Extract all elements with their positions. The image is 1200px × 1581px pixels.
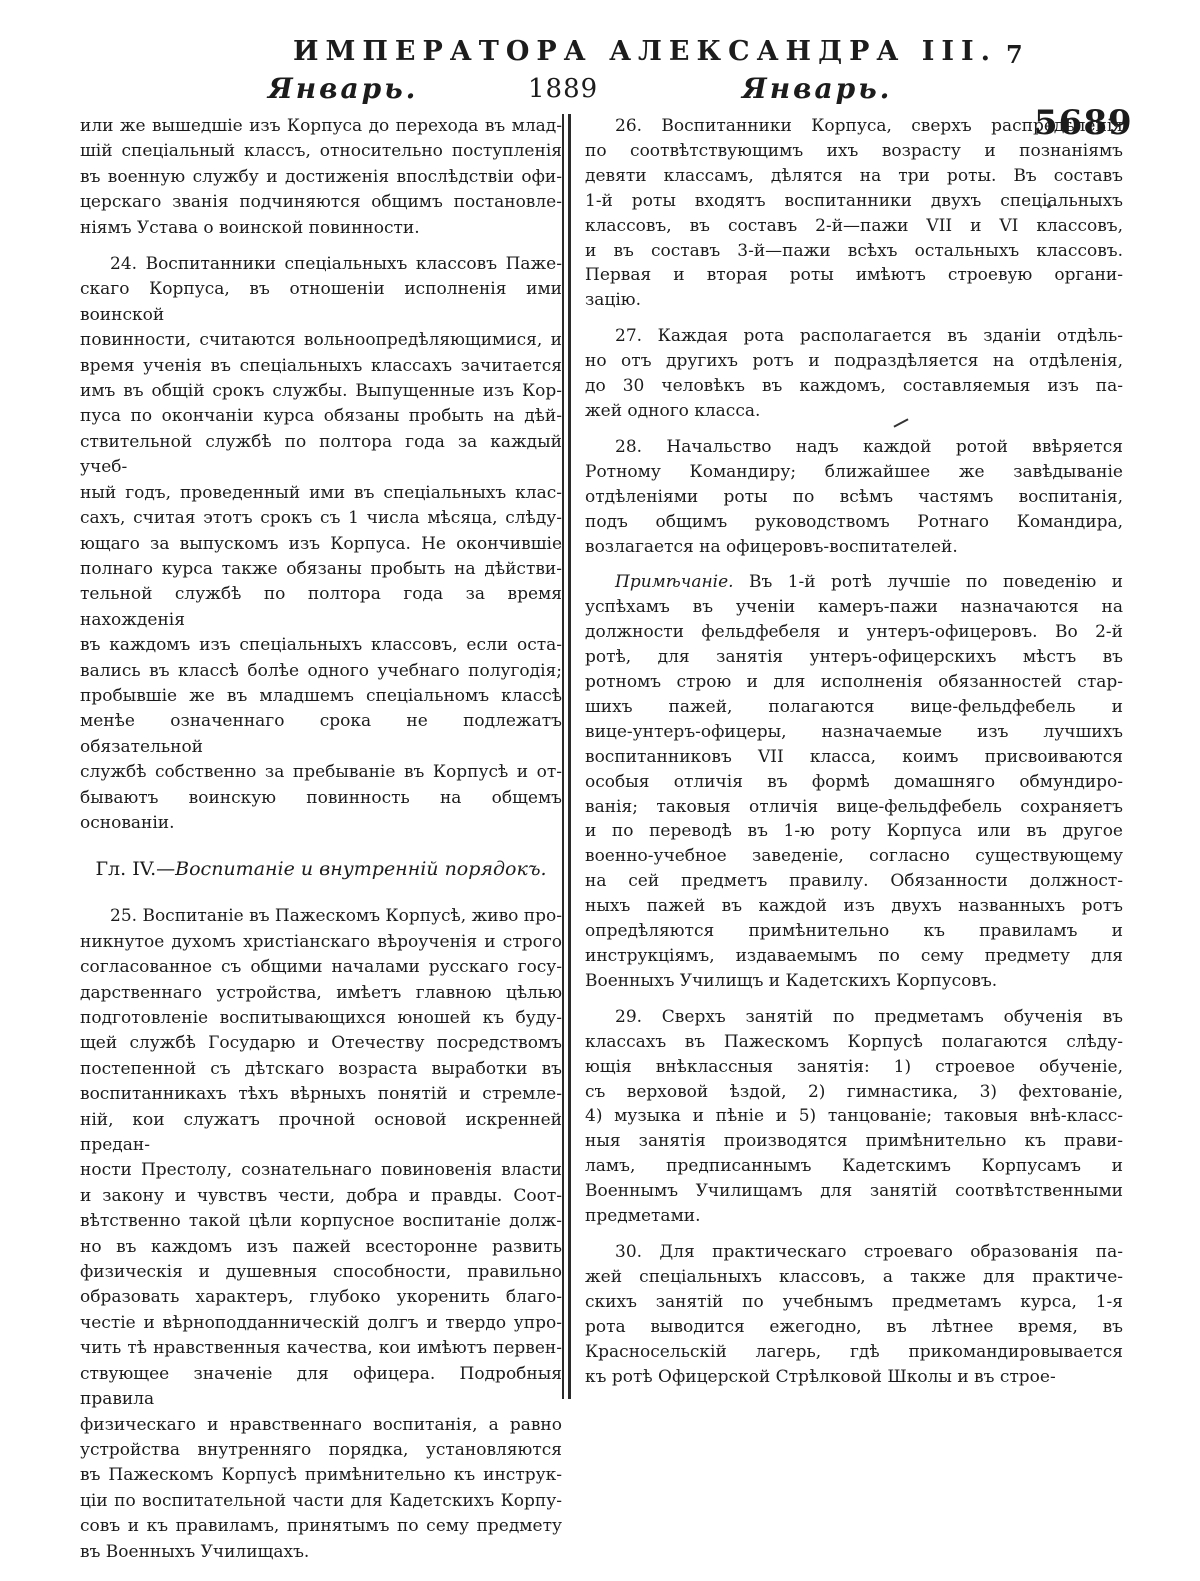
note-lead-italic: Примѣчаніе. [615, 572, 749, 592]
text-line: шихъ пажей, полагаются вице-фельдфебель … [585, 695, 1123, 720]
text-line: устройства внутренняго порядка, установл… [80, 1438, 562, 1463]
paragraph: Примѣчаніе. Въ 1-й ротѣ лучшіе по поведе… [585, 570, 1123, 993]
text-line: и въ составъ 3-й—пажи всѣхъ остальныхъ к… [585, 239, 1123, 264]
text-line: ніямъ Устава о воинской повинности. [80, 216, 562, 241]
text-line: жей одного класса. [585, 399, 1123, 424]
text-line: скихъ занятій по учебнымъ предметамъ кур… [585, 1290, 1123, 1315]
text-line: опредѣляются примѣнительно къ правиламъ … [585, 919, 1123, 944]
text-line: военно-учебное заведеніе, согласно сущес… [585, 844, 1123, 869]
text-line: постепенной съ дѣтскаго возраста выработ… [80, 1057, 562, 1082]
left-column: или же вышедшіе изъ Корпуса до перехода … [80, 114, 562, 1576]
paragraph: 26. Воспитанники Корпуса, сверхъ распред… [585, 114, 1123, 313]
text-line: время ученія въ спеціальныхъ классахъ за… [80, 354, 562, 379]
page-number: 7 [1006, 40, 1023, 69]
text-line: 30. Для практическаго строеваго образова… [585, 1240, 1123, 1265]
text-line: никнутое духомъ христіанскаго вѣроученія… [80, 930, 562, 955]
text-line: 24. Воспитанники спеціальныхъ классовъ П… [80, 252, 562, 277]
text-line: Ротному Командиру; ближайшее же завѣдыва… [585, 460, 1123, 485]
text-line: 25. Воспитаніе въ Пажескомъ Корпусѣ, жив… [80, 904, 562, 929]
text-line: до 30 человѣкъ въ каждомъ, составляемыя … [585, 374, 1123, 399]
text-line: Военныхъ Училищъ и Кадетскихъ Корпусовъ. [585, 969, 1123, 994]
text-line: Военнымъ Училищамъ для занятій соотвѣтст… [585, 1179, 1123, 1204]
text-line: въ военную службу и достиженія впослѣдст… [80, 165, 562, 190]
text-line: чить тѣ нравственныя качества, кои имѣют… [80, 1336, 562, 1361]
text-line: ныя занятія производятся примѣнительно к… [585, 1129, 1123, 1154]
text-line: подъ общимъ руководствомъ Ротнаго Команд… [585, 510, 1123, 535]
text-line: воспитанниковъ VII класса, коимъ присвои… [585, 745, 1123, 770]
text-line: ствующее значеніе для офицера. Подробныя… [80, 1362, 562, 1413]
text-line: ющаго за выпускомъ изъ Корпуса. Не оконч… [80, 532, 562, 557]
text-line: ламъ, предписаннымъ Кадетскимъ Корпусамъ… [585, 1154, 1123, 1179]
text-line: бываютъ воинскую повинность на общемъ ос… [80, 786, 562, 837]
text-line: 26. Воспитанники Корпуса, сверхъ распред… [585, 114, 1123, 139]
text-line: вице-унтеръ-офицеры, назначаемые изъ луч… [585, 720, 1123, 745]
text-line: Первая и вторая роты имѣютъ строевую орг… [585, 263, 1123, 288]
text-line: службѣ собственно за пребываніе въ Корпу… [80, 760, 562, 785]
text-line: пробывшіе же въ младшемъ спеціальномъ кл… [80, 684, 562, 709]
text-line: честіе и вѣрноподданническій долгъ и тве… [80, 1311, 562, 1336]
text-line: Красносельскій лагерь, гдѣ прикомандиров… [585, 1340, 1123, 1365]
text-line: ный годъ, проведенный ими въ спеціальных… [80, 481, 562, 506]
text-line: и по переводѣ въ 1-ю роту Корпуса или въ… [585, 819, 1123, 844]
paragraph: 24. Воспитанники спеціальныхъ классовъ П… [80, 252, 562, 836]
text-line: ротномъ строю и для исполненія обязаннос… [585, 670, 1123, 695]
text-line: въ Пажескомъ Корпусѣ примѣнительно къ ин… [80, 1463, 562, 1488]
text-line: ній, кои служатъ прочной основой искренн… [80, 1108, 562, 1159]
text-line: должности фельдфебеля и унтеръ-офицеровъ… [585, 620, 1123, 645]
text-line: Примѣчаніе. Въ 1-й ротѣ лучшіе по поведе… [585, 570, 1123, 595]
text-line: ціи по воспитательной части для Кадетски… [80, 1489, 562, 1514]
text-line: 28. Начальство надъ каждой ротой ввѣряет… [585, 435, 1123, 460]
paragraph: 28. Начальство надъ каждой ротой ввѣряет… [585, 435, 1123, 560]
text-line: рота выводится ежегодно, въ лѣтнее время… [585, 1315, 1123, 1340]
text-line: зацію. [585, 288, 1123, 313]
running-title: ИМПЕРАТОРА АЛЕКСАНДРА III. [293, 36, 997, 67]
text-line: инструкціямъ, издаваемымъ по сему предме… [585, 944, 1123, 969]
paragraph: 25. Воспитаніе въ Пажескомъ Корпусѣ, жив… [80, 904, 562, 1565]
text-line: пуса по окончаніи курса обязаны пробыть … [80, 404, 562, 429]
text-line: ющія внѣклассныя занятія: 1) строевое об… [585, 1055, 1123, 1080]
text-line: отдѣленіями роты по всѣмъ частямъ воспит… [585, 485, 1123, 510]
text-line: ствительной службѣ по полтора года за ка… [80, 430, 562, 481]
text-line: 29. Сверхъ занятій по предметамъ обучені… [585, 1005, 1123, 1030]
text-line: вѣтственно такой цѣли корпусное воспитан… [80, 1209, 562, 1234]
text-line: жей спеціальныхъ классовъ, а также для п… [585, 1265, 1123, 1290]
text-line: полнаго курса также обязаны пробыть на д… [80, 557, 562, 582]
text-line: на сей предметъ правилу. Обязанности дол… [585, 869, 1123, 894]
text-line: ванія; таковыя отличія вице-фельдфебель … [585, 795, 1123, 820]
text-line: согласованное съ общими началами русскаг… [80, 955, 562, 980]
text-line: 1-й роты входятъ воспитанники двухъ спец… [585, 189, 1123, 214]
text-line: ныхъ пажей въ каждой изъ двухъ названных… [585, 894, 1123, 919]
text-line: физическія и душевныя способности, прави… [80, 1260, 562, 1285]
text-line: образовать характеръ, глубоко укоренить … [80, 1285, 562, 1310]
text-line: но въ каждомъ изъ пажей всесторонне разв… [80, 1235, 562, 1260]
text-line: съ верховой ѣздой, 2) гимнастика, 3) фех… [585, 1080, 1123, 1105]
month-label-right: Январь. [742, 72, 892, 105]
text-line: успѣхамъ въ ученіи камеръ-пажи назначают… [585, 595, 1123, 620]
text-line: шій спеціальный классъ, относительно пос… [80, 139, 562, 164]
text-line: девяти классамъ, дѣлятся на три роты. Въ… [585, 164, 1123, 189]
text-line: вались въ классѣ болѣе одного учебнаго п… [80, 659, 562, 684]
text-line: физическаго и нравственнаго воспитанія, … [80, 1413, 562, 1438]
year-label: 1889 [528, 74, 598, 104]
text-line: щей службѣ Государю и Отечеству посредст… [80, 1031, 562, 1056]
text-line: воспитанникахъ тѣхъ вѣрныхъ понятій и ст… [80, 1082, 562, 1107]
text-line: тельной службѣ по полтора года за время … [80, 582, 562, 633]
text-line: возлагается на офицеровъ-воспитателей. [585, 535, 1123, 560]
text-line: 4) музыка и пѣніе и 5) танцованіе; таков… [585, 1104, 1123, 1129]
chapter-heading-title: Воспитаніе и внутренній порядокъ. [175, 858, 546, 880]
paragraph: 29. Сверхъ занятій по предметамъ обучені… [585, 1005, 1123, 1229]
text-line: церскаго званія подчиняются общимъ поста… [80, 190, 562, 215]
text-line: дарственнаго устройства, имѣетъ главною … [80, 981, 562, 1006]
text-line: скаго Корпуса, въ отношеніи исполненія и… [80, 277, 562, 328]
text-line: сахъ, считая этотъ срокъ съ 1 числа мѣся… [80, 506, 562, 531]
chapter-heading: Гл. IV.—Воспитаніе и внутренній порядокъ… [80, 858, 562, 880]
paragraph: 30. Для практическаго строеваго образова… [585, 1240, 1123, 1389]
stray-ink-dot [1047, 204, 1051, 208]
scanned-document-page: { "header": { "title": "ИМПЕРАТОРА АЛЕКС… [0, 0, 1200, 1581]
text-line: но отъ другихъ ротъ и подраздѣляется на … [585, 349, 1123, 374]
text-line: подготовленіе воспитывающихся юношей къ … [80, 1006, 562, 1031]
month-label-left: Январь. [268, 72, 418, 105]
text-line: ротѣ, для занятія унтеръ-офицерскихъ мѣс… [585, 645, 1123, 670]
right-column: 26. Воспитанники Корпуса, сверхъ распред… [585, 114, 1123, 1400]
paragraph: или же вышедшіе изъ Корпуса до перехода … [80, 114, 562, 241]
paragraph: 27. Каждая рота располагается въ зданіи … [585, 324, 1123, 424]
text-line: или же вышедшіе изъ Корпуса до перехода … [80, 114, 562, 139]
column-divider-rule [562, 114, 571, 1399]
text-line: имъ въ общій срокъ службы. Выпущенные из… [80, 379, 562, 404]
text-line: предметами. [585, 1204, 1123, 1229]
text-line: повинности, считаются вольноопредѣляющим… [80, 328, 562, 353]
text-line: особыя отличія въ формѣ домашняго обмунд… [585, 770, 1123, 795]
text-line: по соотвѣтствующимъ ихъ возрасту и позна… [585, 139, 1123, 164]
text-line: 27. Каждая рота располагается въ зданіи … [585, 324, 1123, 349]
text-line: и закону и чувствъ чести, добра и правды… [80, 1184, 562, 1209]
text-line: совъ и къ правиламъ, принятымъ по сему п… [80, 1514, 562, 1539]
text-line: менѣе означеннаго срока не подлежатъ обя… [80, 709, 562, 760]
chapter-heading-prefix: Гл. IV.— [95, 858, 175, 880]
text-line: классовъ, въ составъ 2-й—пажи VII и VI к… [585, 214, 1123, 239]
text-line: въ каждомъ изъ спеціальныхъ классовъ, ес… [80, 633, 562, 658]
text-line: въ Военныхъ Училищахъ. [80, 1540, 562, 1565]
text-line: ности Престолу, сознательнаго повиновені… [80, 1158, 562, 1183]
text-line: къ ротѣ Офицерской Стрѣлковой Школы и въ… [585, 1365, 1123, 1390]
text-line: классахъ въ Пажескомъ Корпусѣ полагаются… [585, 1030, 1123, 1055]
